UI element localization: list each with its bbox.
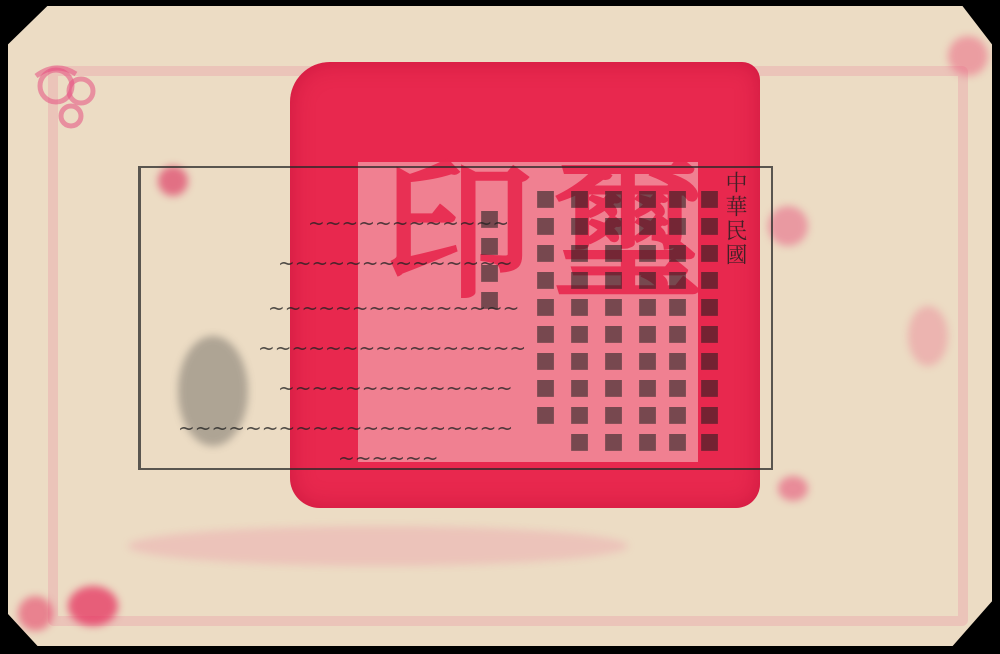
ink-smudge (778, 476, 808, 501)
ink-smudge (68, 586, 118, 626)
ink-smudge (948, 36, 988, 76)
chinese-column: ■■■■■■■■■■ (666, 186, 688, 456)
chinese-column: ■■■■■■■■■■ (698, 186, 720, 456)
ink-smudge (908, 306, 948, 366)
uyghur-line: ~~~~~~ (338, 446, 439, 470)
chinese-column: ■■■■■■■■■■ (568, 186, 590, 456)
ink-smudge (768, 206, 808, 246)
uyghur-line: ~~~~~~~~~~~~~~ (278, 376, 513, 400)
banknote-paper: 印 璽 中華民國 ■■■■■■■■■■ ■■■■■■■■■■ ■■■■■■■■■… (8, 6, 992, 646)
uyghur-line: ~~~~~~~~~~~~~~ (278, 251, 513, 275)
uyghur-line: ~~~~~~~~~~~~ (308, 211, 509, 235)
uyghur-line: ~~~~~~~~~~~~~~~~~~~~ (178, 416, 513, 440)
ink-smudge (18, 596, 53, 631)
chinese-column: ■■■■■■■■■■ (602, 186, 624, 456)
uyghur-line: ~~~~~~~~~~~~~~~ (268, 296, 519, 320)
chinese-column: ■■■■■■■■■ (534, 186, 556, 429)
chinese-column: 中華民國 (723, 171, 745, 267)
chinese-column: ■■■■■■■■■■ (636, 186, 658, 456)
ink-smudge (128, 526, 628, 566)
flower-ornament-icon (26, 56, 116, 146)
uyghur-line: ~~~~~~~~~~~~~~~~ (258, 336, 526, 360)
